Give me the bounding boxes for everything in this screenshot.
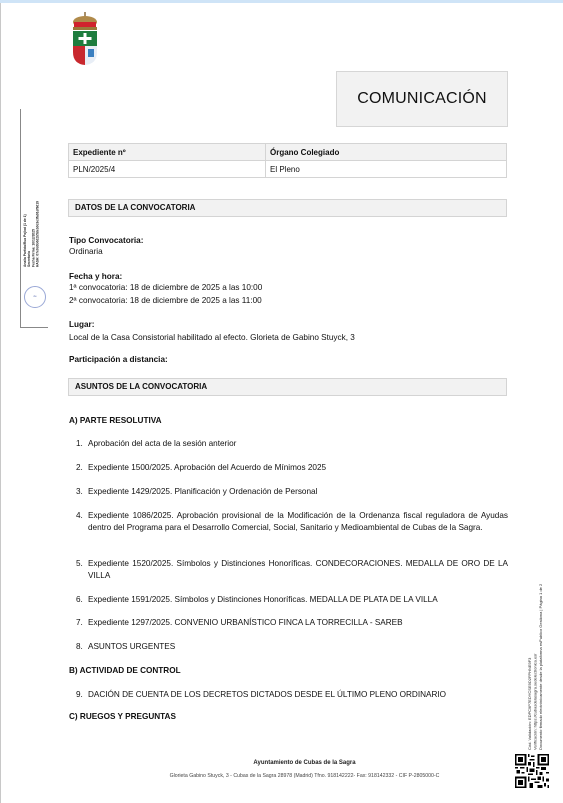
part-a-heading: A) PARTE RESOLUTIVA xyxy=(69,416,162,425)
signature-text: Anaila Partida/Rua Pojlod (1 de 1) Secre… xyxy=(23,107,47,267)
list-item: 2.Expediente 1500/2025. Aprobación del A… xyxy=(76,462,508,474)
footer-organization: Ayuntamiento de Cubas de la Sagra xyxy=(0,760,563,766)
list-item: 8.ASUNTOS URGENTES xyxy=(76,641,508,653)
page-left-edge xyxy=(0,3,1,803)
list-item: 4.Expediente 1086/2025. Aprobación provi… xyxy=(76,510,508,534)
participacion-label: Participación a distancia: xyxy=(69,355,168,364)
cell-expediente: PLN/2025/4 xyxy=(69,161,266,178)
fecha-label: Fecha y hora: xyxy=(69,272,122,281)
official-seal-icon: de xyxy=(24,286,46,308)
viewer-top-bar xyxy=(0,0,563,3)
fecha-segunda: 2ª convocatoria: 18 de diciembre de 2025… xyxy=(69,296,262,305)
lugar-value: Local de la Casa Consistorial habilitado… xyxy=(69,333,355,342)
expediente-table: Expediente nº Órgano Colegiado PLN/2025/… xyxy=(68,143,507,178)
cell-organo: El Pleno xyxy=(266,161,507,178)
header-organo: Órgano Colegiado xyxy=(266,144,507,161)
list-item: 7.Expediente 1297/2025. CONVENIO URBANÍS… xyxy=(76,617,508,629)
tipo-label: Tipo Convocatoria: xyxy=(69,236,143,245)
document-type-title: COMUNICACIÓN xyxy=(336,71,508,127)
list-item: 5.Expediente 1520/2025. Símbolos y Disti… xyxy=(76,558,508,582)
coat-of-arms-logo xyxy=(70,12,100,66)
part-b-heading: B) ACTIVIDAD DE CONTROL xyxy=(69,666,181,675)
section-datos-convocatoria: DATOS DE LA CONVOCATORIA xyxy=(68,199,507,217)
validation-strip: Cód. Validación: EDPC9P7EDYCSE9D2FPHNE9F… xyxy=(527,510,551,750)
fecha-primera: 1ª convocatoria: 18 de diciembre de 2025… xyxy=(69,283,262,292)
list-item: 9.DACIÓN DE CUENTA DE LOS DECRETOS DICTA… xyxy=(76,689,508,701)
table-header-row: Expediente nº Órgano Colegiado xyxy=(69,144,507,161)
footer-address: Glorieta Gabino Stuyck, 3 - Cubas de la … xyxy=(0,773,563,779)
list-item: 6.Expediente 1591/2025. Símbolos y Disti… xyxy=(76,594,508,606)
table-row: PLN/2025/4 El Pleno xyxy=(69,161,507,178)
qr-code-icon xyxy=(515,754,549,788)
header-expediente: Expediente nº xyxy=(69,144,266,161)
lugar-label: Lugar: xyxy=(69,320,94,329)
tipo-value: Ordinaria xyxy=(69,247,103,256)
list-item: 3.Expediente 1429/2025. Planificación y … xyxy=(76,486,508,498)
section-asuntos: ASUNTOS DE LA CONVOCATORIA xyxy=(68,378,507,396)
list-item: 1.Aprobación del acta de la sesión anter… xyxy=(76,438,508,450)
part-c-heading: C) RUEGOS Y PREGUNTAS xyxy=(69,712,176,721)
